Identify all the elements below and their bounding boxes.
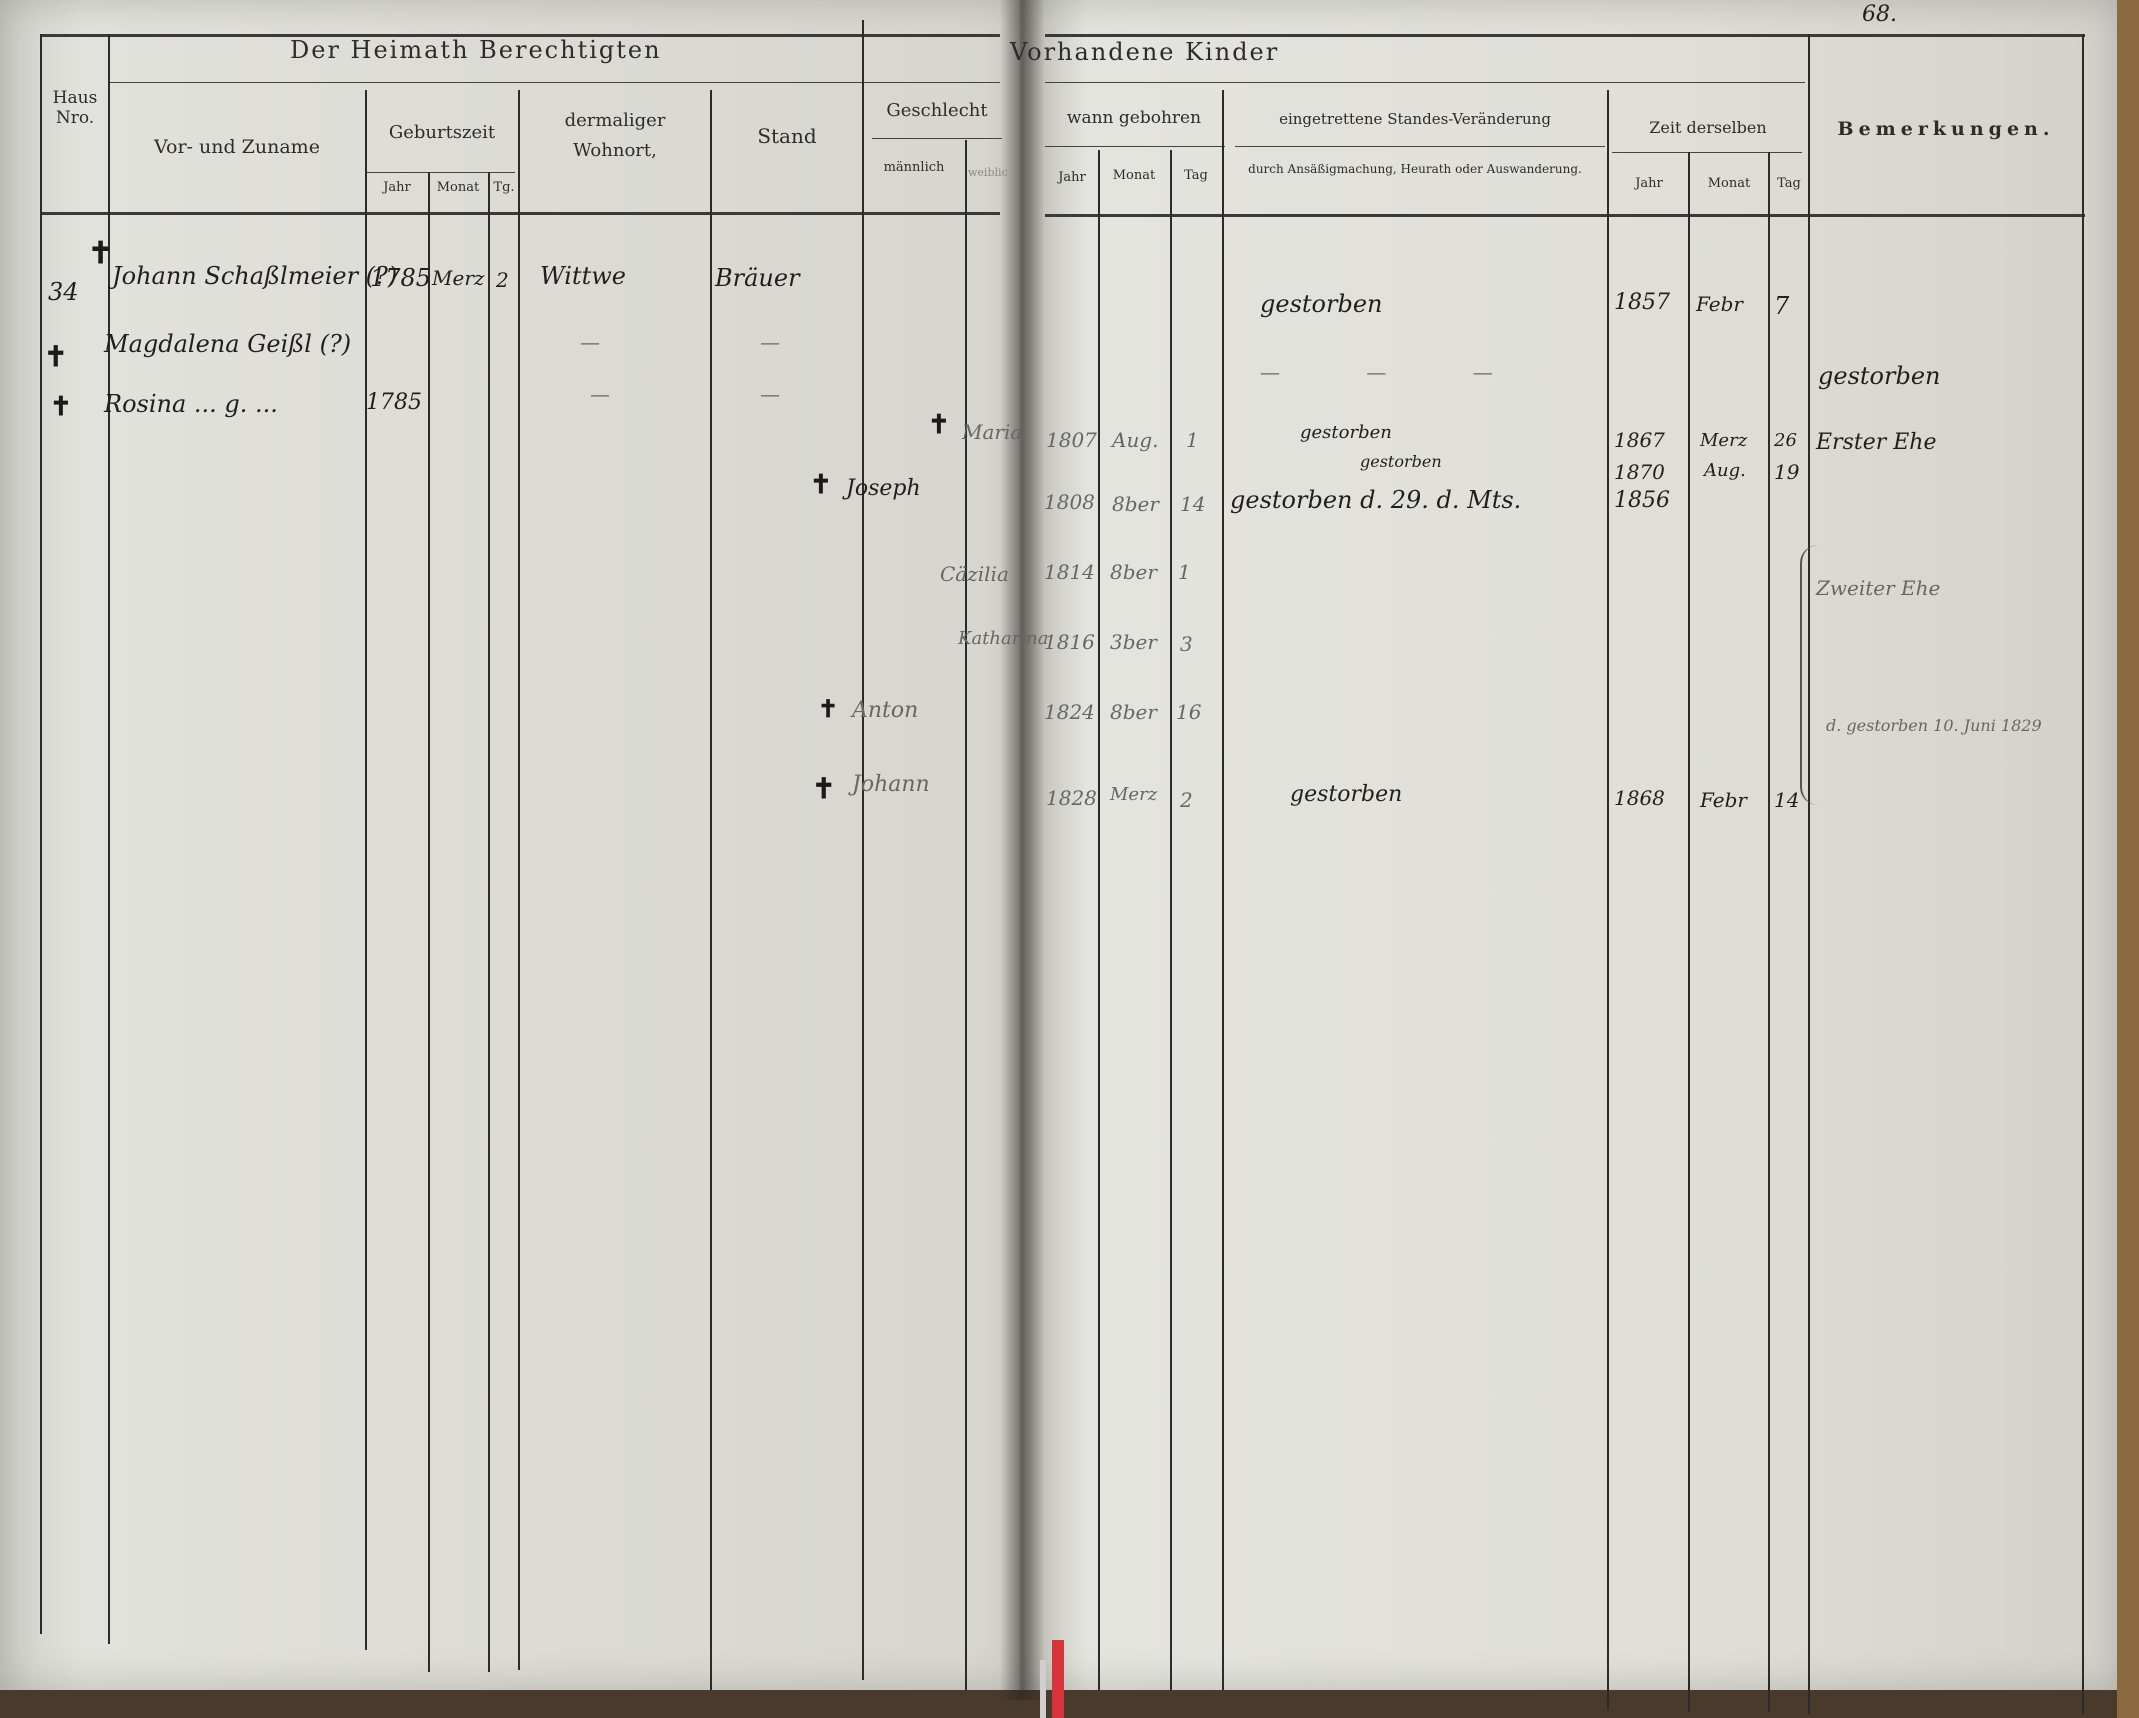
col-geboren-jahr-monat <box>1098 150 1100 1690</box>
book-edge <box>2117 0 2139 1718</box>
child-birth-month: 3ber <box>1110 630 1157 654</box>
page-number: 68. <box>1862 2 1897 27</box>
section-title-kinder: Vorhandene Kinder <box>1010 38 1279 66</box>
left-page <box>0 0 1020 1690</box>
deceased-cross-icon: ✝ <box>928 410 950 440</box>
entry-wohnort: Wittwe <box>540 262 626 290</box>
col-stand-geschlecht <box>862 20 864 1680</box>
child-zeit-jahr: 1870 <box>1614 460 1665 484</box>
child-birth-year: 1816 <box>1044 630 1095 654</box>
child-name: Johann <box>852 772 930 797</box>
entry-birth-year: 1785 <box>366 390 422 415</box>
header-zeit-tag: Tag <box>1770 176 1808 191</box>
child-zeit-jahr: 1867 <box>1614 428 1665 452</box>
veraenderung-subrule <box>1235 146 1605 147</box>
col-zeit-jahr-monat <box>1688 152 1690 1712</box>
bracket-second-marriage <box>1800 545 1818 805</box>
child-zeit-monat: Aug. <box>1704 460 1746 481</box>
geburtszeit-subrule <box>365 172 515 173</box>
entry-wohnort: — <box>590 382 610 406</box>
entry-stand: — <box>760 330 780 354</box>
header-geburt-jahr: Jahr <box>368 180 426 195</box>
deceased-cross-icon: ✝ <box>818 694 838 723</box>
child-zeit-tag: 19 <box>1774 460 1799 484</box>
col-zeit-monat-tag <box>1768 152 1770 1712</box>
geboren-subrule <box>1045 146 1225 147</box>
entry-haus-nro: 34 <box>48 278 79 306</box>
child-zeit-jahr: 1856 <box>1614 488 1670 513</box>
child-birth-day: 14 <box>1180 492 1205 516</box>
child-name: Katharina <box>958 628 1048 649</box>
entry-name: Rosina ... g. ... <box>104 390 278 418</box>
header-geboren-monat: Monat <box>1100 168 1168 183</box>
header-veraenderung-sub: durch Ansäßigmachung, Heurath oder Auswa… <box>1240 160 1590 178</box>
header-geboren-jahr: Jahr <box>1048 170 1096 185</box>
child-name: Joseph <box>846 476 921 501</box>
entry-birth-month: Merz <box>432 266 484 290</box>
child-birth-day: 16 <box>1176 700 1201 724</box>
header-geburt-tag: Tg. <box>490 180 518 195</box>
entry-name: Magdalena Geißl (?) <box>104 330 351 358</box>
child-birth-year: 1814 <box>1044 560 1095 584</box>
col-border-left <box>40 34 42 1634</box>
section-rule-left <box>110 82 1000 83</box>
header-zeit-jahr: Jahr <box>1610 176 1688 191</box>
deceased-cross-icon: ✝ <box>812 772 835 805</box>
header-name: Vor- und Zuname <box>112 136 362 158</box>
col-tag-wohnort <box>518 90 520 1670</box>
header-zeit-derselben: Zeit derselben <box>1610 118 1806 137</box>
child-name: Anton <box>852 698 918 723</box>
header-zeit-monat: Monat <box>1690 176 1768 191</box>
child-birth-year: 1807 <box>1046 428 1097 452</box>
child-birth-month: 8ber <box>1112 492 1159 516</box>
child-birth-year: 1808 <box>1044 490 1095 514</box>
child-bemerkung: d. gestorben 10. Juni 1829 <box>1826 716 2042 735</box>
geschlecht-subrule <box>872 138 1002 139</box>
entry-stand: — <box>760 382 780 406</box>
deceased-cross-icon: ✝ <box>50 392 72 422</box>
header-bemerkungen: Bemerkungen. <box>1812 118 2080 140</box>
col-wohnort-stand <box>710 90 712 1690</box>
entry-birth-year: 1785 <box>370 264 431 292</box>
header-geschlecht: Geschlecht <box>872 100 1002 121</box>
right-page <box>1020 0 2120 1690</box>
child-birth-year: 1824 <box>1044 700 1095 724</box>
deceased-cross-icon: ✝ <box>810 470 832 500</box>
section-rule-right <box>1045 82 1805 83</box>
child-bemerkung: Erster Ehe <box>1816 430 1936 455</box>
header-stand: Stand <box>712 124 862 148</box>
parent-bemerkung: gestorben <box>1818 362 1940 390</box>
col-geboren-monat-tag <box>1170 150 1172 1690</box>
deceased-cross-icon: ✝ <box>44 340 67 373</box>
child-name: Cäzilia <box>940 562 1009 586</box>
entry-stand: Bräuer <box>715 264 800 292</box>
bookmark-ribbon-red <box>1052 1640 1064 1718</box>
child-birth-year: 1828 <box>1046 786 1097 810</box>
col-jahr-monat <box>428 172 430 1672</box>
child-name: Maria <box>962 420 1022 444</box>
header-veraenderung: eingetrettene Standes-Veränderung <box>1226 110 1604 128</box>
header-weiblich: weiblich <box>968 166 1008 179</box>
entry-name: Johann Schaßlmeier (?) <box>112 262 397 290</box>
parent-veraenderung: gestorben <box>1260 290 1382 318</box>
col-border-right <box>2082 34 2084 1714</box>
zeit-subrule <box>1612 152 1802 153</box>
child-zeit-tag: 14 <box>1774 788 1799 812</box>
child-zeit-monat: Febr <box>1700 788 1747 812</box>
header-wohnort: dermaliger Wohnort, <box>535 106 695 166</box>
col-maennlich-weiblich <box>965 140 967 1690</box>
child-birth-day: 1 <box>1186 428 1199 452</box>
child-zeit-monat: Merz <box>1700 430 1747 451</box>
header-bottom-rule-right <box>1045 214 2085 217</box>
header-maennlich: männlich <box>866 160 962 175</box>
child-birth-day: 2 <box>1180 788 1193 812</box>
child-veraenderung: gestorben <box>1360 452 1442 471</box>
child-veraenderung: gestorben d. 29. d. Mts. <box>1230 486 1521 514</box>
header-geboren-tag: Tag <box>1172 168 1220 183</box>
col-geboren-veraenderung <box>1222 90 1224 1690</box>
child-zeit-tag: 26 <box>1774 430 1797 451</box>
parent-zeit-tag: 7 <box>1774 292 1789 320</box>
child-birth-month: Aug. <box>1112 428 1158 452</box>
child-birth-month: 8ber <box>1110 560 1157 584</box>
header-haus-nro: Haus Nro. <box>44 88 106 128</box>
entry-birth-day: 2 <box>496 268 509 292</box>
header-bottom-rule-left <box>40 212 1000 215</box>
child-birth-day: 1 <box>1178 560 1191 584</box>
child-birth-month: 8ber <box>1110 700 1157 724</box>
col-zeit-bemerkungen <box>1808 34 1810 1714</box>
top-rule-right <box>1045 34 2085 37</box>
child-veraenderung: gestorben <box>1300 422 1392 443</box>
section-title-heimath: Der Heimath Berechtigten <box>290 36 662 64</box>
parent-zeit-monat: Febr <box>1696 292 1743 316</box>
header-wann-geboren: wann gebohren <box>1048 108 1220 128</box>
child-bemerkung: Zweiter Ehe <box>1816 576 1940 600</box>
header-geburt-monat: Monat <box>430 180 486 195</box>
col-veraenderung-zeit <box>1607 90 1609 1710</box>
header-geburtszeit: Geburtszeit <box>368 122 516 143</box>
child-birth-month: Merz <box>1110 784 1157 805</box>
deceased-cross-icon: ✝ <box>88 236 113 271</box>
parent-zeit-jahr: 1857 <box>1614 290 1670 315</box>
child-birth-day: 3 <box>1180 632 1193 656</box>
col-monat-tag <box>488 172 490 1672</box>
parent-veraenderung: — — — <box>1260 360 1533 384</box>
entry-wohnort: — <box>580 330 600 354</box>
book-gutter <box>1000 0 1045 1700</box>
child-zeit-jahr: 1868 <box>1614 786 1665 810</box>
col-name-jahr <box>365 90 367 1650</box>
bookmark-ribbon-white <box>1040 1660 1046 1718</box>
col-haus-name <box>108 34 110 1644</box>
child-veraenderung: gestorben <box>1290 782 1402 807</box>
